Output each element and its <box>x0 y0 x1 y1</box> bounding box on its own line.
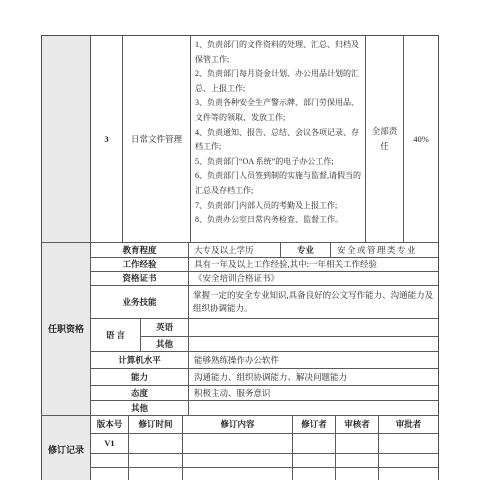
revision-time-cell <box>129 468 183 480</box>
revision-approver-cell <box>379 468 438 480</box>
duty-item: 3、负责各种安全生产警示牌、部门劳保用品、文件等的领取、发放工作; <box>195 96 362 125</box>
duty-seq-cell: 3 <box>91 36 123 243</box>
revision-reviser-cell <box>293 434 336 454</box>
revision-checker-cell <box>336 468 379 480</box>
qualification-rows: 教育程度 大专及以上学历 专业 安全或管理类专业 工作经验 具有一年及以上工作经… <box>91 243 438 416</box>
english-label: 英语 <box>141 319 189 337</box>
attitude-label: 态度 <box>91 386 189 401</box>
qualification-other-value <box>189 401 438 416</box>
revision-time-cell <box>129 454 183 468</box>
major-value: 安全或管理类专业 <box>331 243 438 258</box>
duty-item: 7、负责部门内部人员的考勤及上报工作; <box>195 199 362 214</box>
experience-label: 工作经验 <box>91 258 189 272</box>
skill-value: 掌握一定的安全专业知识,具备良好的公文写作能力、沟通能力及组织协调能力。 <box>189 286 438 319</box>
revision-side-label: 修订记录 <box>42 416 91 480</box>
duty-side-cell-empty <box>42 36 91 243</box>
revision-row <box>91 454 438 468</box>
duty-responsibility-cell: 全部责任 <box>366 36 404 243</box>
duty-item: 6、负责部门人员签到制的实施与监督,请假当的汇总及存档工作; <box>195 169 362 198</box>
revision-header-approver: 审批者 <box>379 416 438 434</box>
certificate-value: 《安全培训合格证书》 <box>189 272 438 286</box>
ability-row: 能力 沟通能力、组织协调能力、解决问题能力 <box>91 369 438 386</box>
duty-item: 4、负责通知、报告、总结、会议各项记录、存档工作; <box>195 126 362 155</box>
certificate-label: 资格证书 <box>91 272 189 286</box>
duty-item: 2、负责部门每月资金计划、办公用品计划的汇总、上报工作; <box>195 67 362 96</box>
revision-reviser-cell <box>293 454 336 468</box>
english-value <box>189 319 438 337</box>
english-row: 英语 <box>141 319 438 337</box>
duty-items-cell: 1、负责部门的文件资料的处理、汇总、归档及保管工作; 2、负责部门每月资金计划、… <box>191 36 366 243</box>
qualification-other-row: 其他 <box>91 401 438 416</box>
revision-approver-cell <box>379 454 438 468</box>
education-value: 大专及以上学历 <box>189 243 281 258</box>
revision-version-cell <box>91 454 129 468</box>
revision-version-cell: V1 <box>91 434 129 454</box>
revision-header-row: 版本号 修订时间 修订内容 修订者 审核者 审批者 <box>91 416 438 434</box>
duty-item: 8、负责办公室日常内务检查、监督工作。 <box>195 213 362 228</box>
revision-section: 修订记录 版本号 修订时间 修订内容 修订者 审核者 审批者 V1 <box>42 416 438 480</box>
computer-row: 计算机水平 能够熟练操作办公软件 <box>91 352 438 369</box>
revision-row: V1 <box>91 434 438 454</box>
major-label: 专业 <box>281 243 331 258</box>
duty-section: 3 日常文件管理 1、负责部门的文件资料的处理、汇总、归档及保管工作; 2、负责… <box>42 36 438 243</box>
ability-value: 沟通能力、组织协调能力、解决问题能力 <box>189 369 438 386</box>
revision-approver-cell <box>379 434 438 454</box>
attitude-value: 积极主动、服务意识 <box>189 386 438 401</box>
revision-checker-cell <box>336 454 379 468</box>
revision-rows: 版本号 修订时间 修订内容 修订者 审核者 审批者 V1 <box>91 416 438 480</box>
revision-reviser-cell <box>293 468 336 480</box>
qualification-side-label: 任职资格 <box>42 243 91 416</box>
education-label: 教育程度 <box>91 243 189 258</box>
language-group-row: 语 言 英语 其他 <box>91 319 438 352</box>
revision-header-version: 版本号 <box>91 416 129 434</box>
revision-checker-cell <box>336 434 379 454</box>
duty-item: 1、负责部门的文件资料的处理、汇总、归档及保管工作; <box>195 38 362 67</box>
language-subrows: 英语 其他 <box>141 319 438 352</box>
duty-item: 5、负责部门“OA 系统”的电子办公工作; <box>195 155 362 170</box>
language-label: 语 言 <box>91 319 141 352</box>
revision-content-cell <box>183 468 293 480</box>
duty-name-cell: 日常文件管理 <box>123 36 191 243</box>
revision-header-content: 修订内容 <box>183 416 293 434</box>
ability-label: 能力 <box>91 369 189 386</box>
attitude-row: 态度 积极主动、服务意识 <box>91 386 438 401</box>
education-row: 教育程度 大专及以上学历 专业 安全或管理类专业 <box>91 243 438 258</box>
skill-label: 业务技能 <box>91 286 189 319</box>
experience-value: 具有一年及以上工作经验,其中:一年相关工作经验 <box>189 258 438 272</box>
duty-weight-cell: 40% <box>404 36 438 243</box>
qualification-section: 任职资格 教育程度 大专及以上学历 专业 安全或管理类专业 工作经验 具有一年及… <box>42 243 438 416</box>
revision-row <box>91 468 438 480</box>
language-other-value <box>189 337 438 352</box>
computer-value: 能够熟练操作办公软件 <box>189 352 438 369</box>
language-other-label: 其他 <box>141 337 189 352</box>
revision-time-cell <box>129 434 183 454</box>
revision-header-checker: 审核者 <box>336 416 379 434</box>
job-description-table: 3 日常文件管理 1、负责部门的文件资料的处理、汇总、归档及保管工作; 2、负责… <box>41 35 439 480</box>
revision-content-cell <box>183 434 293 454</box>
experience-row: 工作经验 具有一年及以上工作经验,其中:一年相关工作经验 <box>91 258 438 272</box>
language-other-row: 其他 <box>141 337 438 352</box>
skill-row: 业务技能 掌握一定的安全专业知识,具备良好的公文写作能力、沟通能力及组织协调能力… <box>91 286 438 319</box>
computer-label: 计算机水平 <box>91 352 189 369</box>
revision-version-cell <box>91 468 129 480</box>
revision-header-reviser: 修订者 <box>293 416 336 434</box>
revision-header-time: 修订时间 <box>129 416 183 434</box>
revision-content-cell <box>183 454 293 468</box>
qualification-other-label: 其他 <box>91 401 189 416</box>
certificate-row: 资格证书 《安全培训合格证书》 <box>91 272 438 286</box>
